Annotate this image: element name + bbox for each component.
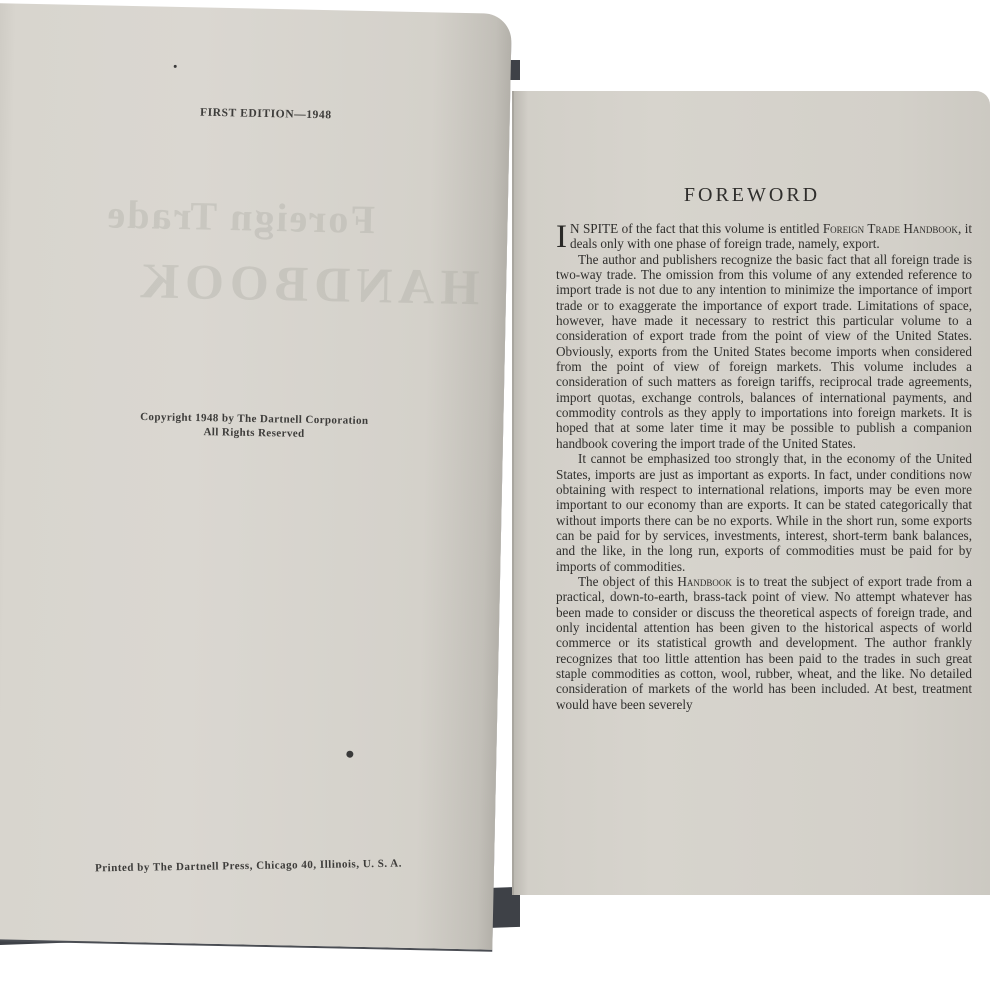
page-title: FOREWORD — [514, 184, 990, 207]
paragraph-text: is to treat the subject of export trade … — [556, 574, 972, 712]
right-page: FOREWORD IN SPITE of the fact that this … — [512, 91, 990, 895]
lead-in: N SPITE — [570, 221, 618, 236]
showthrough-text: HANDBOOK — [134, 251, 480, 316]
left-page: Foreign Trade HANDBOOK — [0, 3, 512, 950]
paragraph: The object of this Handbook is to treat … — [556, 574, 972, 712]
drop-cap: I — [556, 223, 570, 251]
paragraph: It cannot be emphasized too strongly tha… — [556, 451, 972, 574]
ink-speck — [346, 751, 353, 758]
paragraph: IN SPITE of the fact that this volume is… — [556, 221, 972, 252]
foreword-body: IN SPITE of the fact that this volume is… — [556, 221, 972, 712]
paragraph-text: of the fact that this volume is entitled — [618, 221, 823, 236]
book-title-smallcaps: Handbook — [677, 574, 732, 589]
book-title-smallcaps: Foreign Trade Handbook — [823, 221, 958, 236]
copyright-notice: Copyright 1948 by The Dartnell Corporati… — [140, 410, 369, 442]
paragraph: The author and publishers recognize the … — [556, 252, 972, 451]
showthrough-text: Foreign Trade — [105, 190, 375, 243]
paragraph-text: The object of this — [578, 574, 677, 589]
ink-speck — [174, 65, 177, 68]
